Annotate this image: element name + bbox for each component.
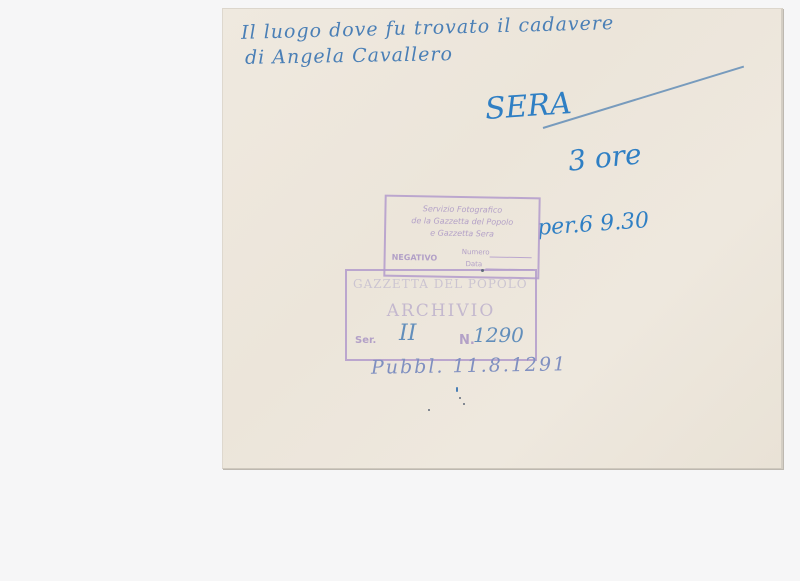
scan-background: Il luogo dove fu trovato il cadavere di … xyxy=(0,0,800,581)
archivio-header: GAZZETTA DEL POPOLO xyxy=(353,277,528,291)
ink-speck xyxy=(428,409,430,411)
number-value: 1290 xyxy=(473,323,524,347)
stamp-line: e Gazzetta Sera xyxy=(386,227,538,242)
numero-label: Numero xyxy=(462,248,490,256)
data-label: Data xyxy=(465,260,482,268)
ink-speck xyxy=(481,269,484,272)
publication-note: Pubbl. 11.8.1291 xyxy=(371,353,568,378)
caption-line-1: Il luogo dove fu trovato il cadavere xyxy=(241,12,615,44)
photo-card-back: Il luogo dove fu trovato il cadavere di … xyxy=(222,8,783,469)
series-value: II xyxy=(399,321,416,346)
ink-speck xyxy=(456,387,458,392)
diagonal-stroke xyxy=(543,66,744,129)
archivio-title: ARCHIVIO xyxy=(347,301,535,321)
stamp-archivio: GAZZETTA DEL POPOLO ARCHIVIO Ser. II N. … xyxy=(345,269,537,361)
ink-speck xyxy=(459,397,461,399)
ink-speck xyxy=(463,403,465,405)
negativo-label: NEGATIVO xyxy=(392,253,438,263)
caption-line-2: di Angela Cavallero xyxy=(245,43,453,69)
column-note: 3 ore xyxy=(566,137,643,178)
stamp-servizio-fotografico: Servizio Fotografico de la Gazzetta del … xyxy=(383,195,540,280)
series-label: Ser. xyxy=(355,335,376,346)
numero-rule xyxy=(490,256,532,258)
size-note: per.6 9.30 xyxy=(536,208,650,241)
